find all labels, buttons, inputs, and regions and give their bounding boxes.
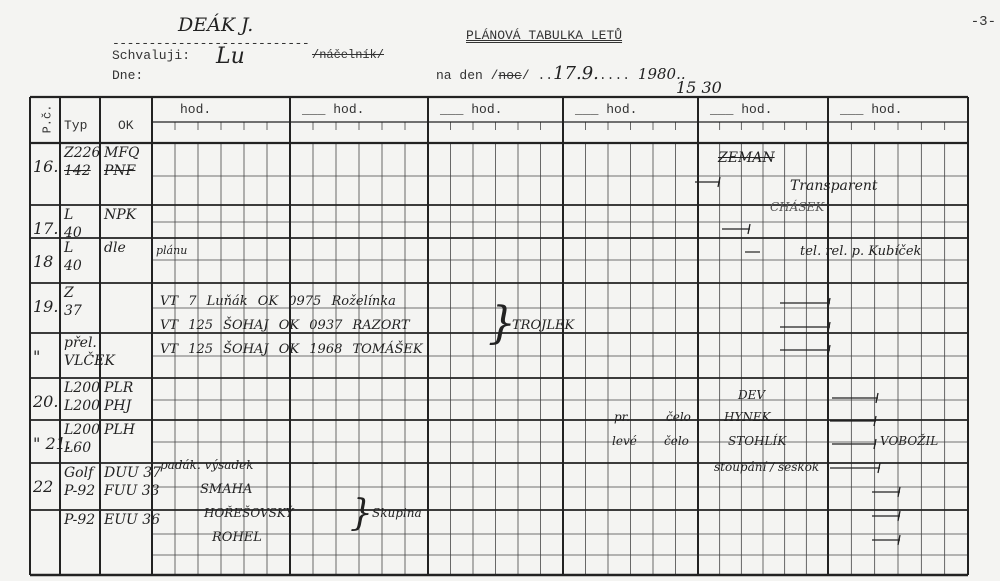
row-ok-top: NPK [104,207,136,223]
annot-plan: plánu [156,244,187,257]
row-type-bottom: VLČEK [64,353,115,369]
row-type-bottom: 142 [64,163,91,179]
hour-header-6: ___ hod. [840,102,902,117]
row-number: 22 [33,477,53,496]
row-ok-top: EUU 36 [104,512,160,528]
annot-dev: DEV [738,388,765,402]
row-type-top: P-92 [64,512,95,528]
annot-transparent: Transparent [790,178,878,194]
row-ok-bottom: PNF [104,163,135,179]
approve-label: Schvaluji: [112,48,190,63]
row-ok-top: MFQ [104,145,140,161]
annot-group: TROJLEK [512,318,574,333]
annot-horesovsky: HOŘEŠOVSKÝ [204,506,293,520]
annot-rohel: ROHEL [212,530,262,545]
row-ok-top: PLR [104,380,133,396]
annot-celo-2: čelo [664,434,689,448]
row-number: 18 [33,252,53,271]
annot-celo-1: čelo [666,410,691,424]
time-value: 15 30 [676,78,722,97]
col-type-header: Typ [64,118,87,133]
annot-hynek: HYNEK [724,410,771,424]
approver-role: /náčelník/ [312,48,384,62]
page-number: -3- [971,14,996,30]
annot-tel-rel: tel. rel. p. Kubíček [800,244,921,259]
annot-stoupani: stoupání / seskok [714,460,819,474]
row-type-bottom: P-92 [64,483,95,499]
row-type-bottom: 40 [64,258,82,274]
approver-signature: Lu [216,44,245,69]
row-number: 17. [33,219,58,238]
author-signature: DEÁK J. [178,14,253,36]
for-day-suffix: / [522,68,530,83]
col-number-header: P.č. [40,105,54,134]
hour-header-2: ___ hod. [302,102,364,117]
row-type-top: L [64,207,73,223]
annot-vobozil: VOBOŽIL [880,434,938,448]
annot-chasek: CHÁSEK [770,200,824,214]
row-type-top: L [64,240,73,256]
hour-header-1: hod. [180,102,211,117]
row-type-top: Z226 [64,145,100,161]
col-ok-header: OK [118,118,134,133]
row-ok-top: PLH [104,422,135,438]
row-type-bottom: 40 [64,225,82,241]
row-ok-top: DUU 37 [104,465,161,481]
for-day-line: na den /noc/ ..17.9..... 1980.. [436,63,686,84]
row-type-bottom: 37 [64,303,82,319]
hour-header-3: ___ hod. [440,102,502,117]
row-type-top: L200 [64,422,100,438]
row-type-top: Z [64,285,74,301]
hour-header-4: ___ hod. [575,102,637,117]
row-ok-bottom: FUU 33 [104,483,160,499]
row-number: 19. [33,297,58,316]
date-value: 17.9. [553,63,599,84]
row-type-top: přel. [64,335,97,351]
annot-leve: levé [612,434,637,448]
row-type-bottom: L200 [64,398,100,414]
row-ok-bottom: PHJ [104,398,131,414]
annot-crew-3: VT 125 ŠOHAJ OK 1968 TOMÁŠEK [160,342,423,357]
document-title: PLÁNOVÁ TABULKA LETŮ [466,28,622,43]
annot-crew-2: VT 125 ŠOHAJ OK 0937 RAZORT [160,318,410,333]
annot-stohlik: STOHLÍK [728,434,786,448]
hour-header-5: ___ hod. [710,102,772,117]
date-label: Dne: [112,68,143,83]
row-number: 20. [33,392,58,411]
row-ok-top: dle [104,240,126,256]
annot-pr: pr. [614,410,630,424]
row-number: 16. [33,157,58,176]
annot-crew-1: VT 7 Luňák OK 0975 Roželínka [160,294,396,309]
for-day-label: na den / [436,68,498,83]
annot-zeman: ZEMAN [718,150,775,166]
brace-icon-2: } [350,494,373,534]
annot-smaha: SMAHA [200,482,252,497]
row-type-bottom: L60 [64,440,91,456]
night-struck: noc [498,68,521,83]
annot-dash: – [312,456,319,471]
row-type-top: L200 [64,380,100,396]
row-type-top: Golf [64,465,93,481]
annot-padak: padák. výsadek [160,458,254,472]
row-number: " [33,347,40,366]
annot-skupina: Skupina [372,506,422,520]
